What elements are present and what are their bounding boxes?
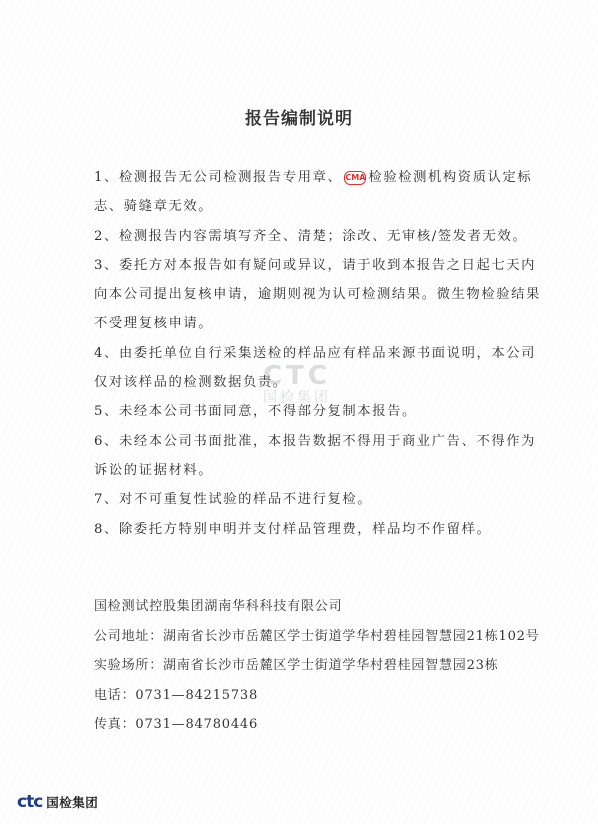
ctc-logo-icon: ctc [17,792,42,812]
company-info: 国检测试控股集团湖南华科科技有限公司 公司地址：湖南省长沙市岳麓区学士街道学华村… [94,597,554,745]
note-3-line-2: 向本公司提出复核申请，逾期则视为认可检测结果。微生物检验结果 [94,285,524,314]
footer-logo: ctc 国检集团 [17,792,98,812]
phone: 电话：0731—84215738 [94,686,554,716]
note-3-line-3: 不受理复核申请。 [94,314,524,343]
note-6-line-2: 诉讼的证据材料。 [94,461,524,490]
note-6-line-1: 6、未经本公司书面批准，本报告数据不得用于商业广告、不得作为 [94,432,524,461]
note-3-line-1: 3、委托方对本报告如有疑问或异议，请于收到本报告之日起七天内 [94,256,524,285]
company-name: 国检测试控股集团湖南华科科技有限公司 [94,597,554,627]
note-7: 7、对不可重复性试验的样品不进行复检。 [94,490,524,519]
note-1-line-1: 1、检测报告无公司检测报告专用章、CMA检验检测机构资质认定标 [94,168,524,197]
ctc-watermark: CTC 国检集团 [252,362,342,406]
cma-mark-icon: CMA [344,171,366,185]
note-5: 5、未经本公司书面同意，不得部分复制本报告。 [94,402,524,431]
notes-list: 1、检测报告无公司检测报告专用章、CMA检验检测机构资质认定标 志、骑缝章无效。… [94,168,524,549]
fax: 传真：0731—84780446 [94,715,554,745]
lab-address: 实验场所：湖南省长沙市岳麓区学士街道学华村碧桂园智慧园23栋 [94,656,554,686]
note-8: 8、除委托方特别申明并支付样品管理费，样品均不作留样。 [94,520,524,549]
page-title: 报告编制说明 [0,104,598,129]
note-1-line-2: 志、骑缝章无效。 [94,197,524,226]
note-2: 2、检测报告内容需填写齐全、清楚；涂改、无审核/签发者无效。 [94,227,524,256]
logo-name: 国检集团 [46,793,98,811]
company-address: 公司地址：湖南省长沙市岳麓区学士街道学华村碧桂园智慧园21栋102号 [94,627,554,657]
